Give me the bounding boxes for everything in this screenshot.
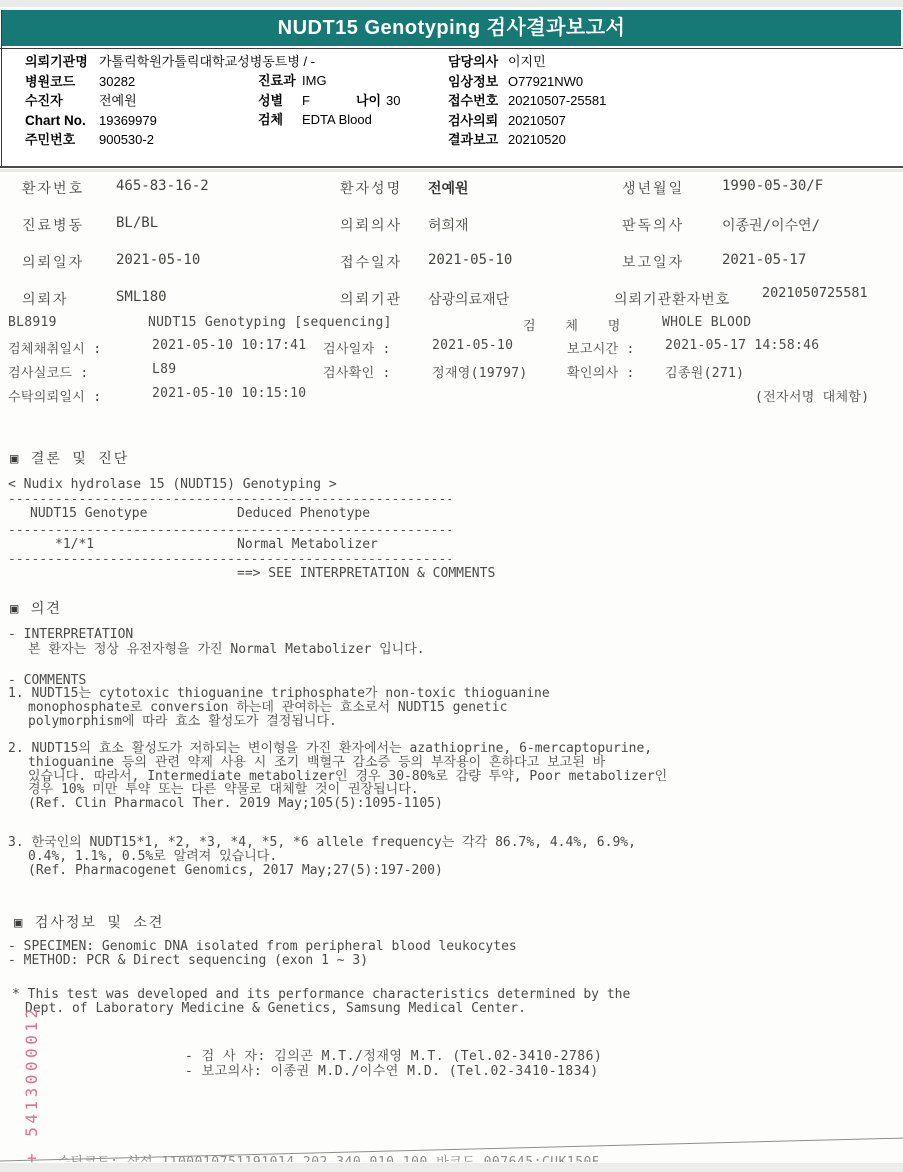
section-heading-opinion: ▣ 의견 <box>10 598 62 618</box>
divider: ----------------------------------------… <box>8 492 451 507</box>
divider: ----------------------------------------… <box>8 523 451 538</box>
side-barcode-number: + 5413000012 <box>22 963 41 1163</box>
order-info-row: 접수번호20210507-25581 <box>448 91 606 111</box>
page-title: NUDT15 Genotyping 검사결과보고서 <box>278 17 626 39</box>
report-title-bar: NUDT15 Genotyping 검사결과보고서 <box>2 10 901 46</box>
comment-3: 3. 한국인의 NUDT15*1, *2, *3, *4, *5, *6 all… <box>8 836 636 877</box>
order-info-row: 임상정보O77921NW0 <box>448 72 606 92</box>
conclusion-subtitle: < Nudix hydrolase 15 (NUDT15) Genotyping… <box>8 477 337 492</box>
see-note: ==> SEE INTERPRETATION & COMMENTS <box>237 566 495 581</box>
divider <box>0 48 903 49</box>
signature-block: - 검 사 자: 김의곤 M.T./정재영 M.T. (Tel.02-3410-… <box>185 1050 602 1079</box>
section-heading-conclusion: ▣ 결론 및 진단 <box>10 448 129 468</box>
scanner-edge-strip-top <box>0 0 903 7</box>
method-line: - METHOD: PCR & Direct sequencing (exon … <box>8 954 517 968</box>
divider <box>1 10 2 167</box>
developed-note: * This test was developed and its perfor… <box>12 988 630 1016</box>
specimen-line: - SPECIMEN: Genomic DNA isolated from pe… <box>8 940 517 954</box>
phenotype-value: Normal Metabolizer <box>237 537 378 552</box>
divider: ----------------------------------------… <box>8 552 451 567</box>
order-info-row: 결과보고20210520 <box>448 130 606 150</box>
comment-2: 2. NUDT15의 효소 활성도가 저하되는 변이형을 가진 환자에서는 az… <box>8 742 667 811</box>
order-info-middle-column: 진료과IMG 성별F나이30 검체EDTA Blood <box>258 71 400 130</box>
lab-report-page: NUDT15 Genotyping 검사결과보고서 의뢰기관명가톨릭학원가톨릭대… <box>0 0 903 1172</box>
esign-note: (전자서명 대체함) <box>755 386 869 405</box>
reporting-doctor-line: - 보고의사: 이종권 M.D./이수연 M.D. (Tel.02-3410-1… <box>185 1065 602 1080</box>
order-info-row: 주민번호900530-2 <box>25 130 315 150</box>
patient-row: 의뢰자SML180 의뢰기관삼광의료재단 의뢰기관환자번호20210507255… <box>0 289 903 307</box>
order-info-row: 담당의사이지민 <box>448 52 606 72</box>
tester-line: - 검 사 자: 김의곤 M.T./정재영 M.T. (Tel.02-3410-… <box>185 1050 602 1065</box>
section-heading-test-info: ▣ 검사정보 및 소견 <box>14 912 164 932</box>
patient-row: 환자번호465-83-16-2 환자성명전예원 생년월일1990-05-30/F <box>0 178 903 196</box>
genotype-value: *1/*1 <box>55 537 94 552</box>
specimen-code: BL8919 <box>8 315 57 330</box>
order-info-right-column: 담당의사이지민 임상정보O77921NW0 접수번호20210507-25581… <box>448 52 606 150</box>
comment-1: 1. NUDT15는 cytotoxic thioguanine triphos… <box>8 687 550 728</box>
patient-row: 진료병동BL/BL 의뢰의사허희재 판독의사이종권/이수연/ <box>0 215 903 233</box>
order-info-row: 진료과IMG <box>258 71 400 91</box>
specimen-type: WHOLE BLOOD <box>662 315 751 330</box>
order-info-row: 성별F나이30 <box>258 91 400 111</box>
interpretation-block: - INTERPRETATION 본 환자는 정상 유전자형을 가진 Norma… <box>8 628 425 657</box>
order-info-row: 의뢰기관명가톨릭학원가톨릭대학교성병동트병 / - <box>25 52 315 72</box>
divider <box>0 166 903 168</box>
test-name: NUDT15 Genotyping [sequencing] <box>148 315 392 330</box>
test-info-block: - SPECIMEN: Genomic DNA isolated from pe… <box>8 940 517 968</box>
order-info-row: 검체EDTA Blood <box>258 110 400 130</box>
order-info-row: 검사의뢰20210507 <box>448 111 606 131</box>
patient-row: 의뢰일자2021-05-10 접수일자2021-05-10 보고일자2021-0… <box>0 252 903 270</box>
clipped-footer-text: 수탁코드: 삼성 1100010751191014 202-340-010-10… <box>58 1151 598 1162</box>
scanner-edge-strip-bottom <box>0 1163 903 1172</box>
